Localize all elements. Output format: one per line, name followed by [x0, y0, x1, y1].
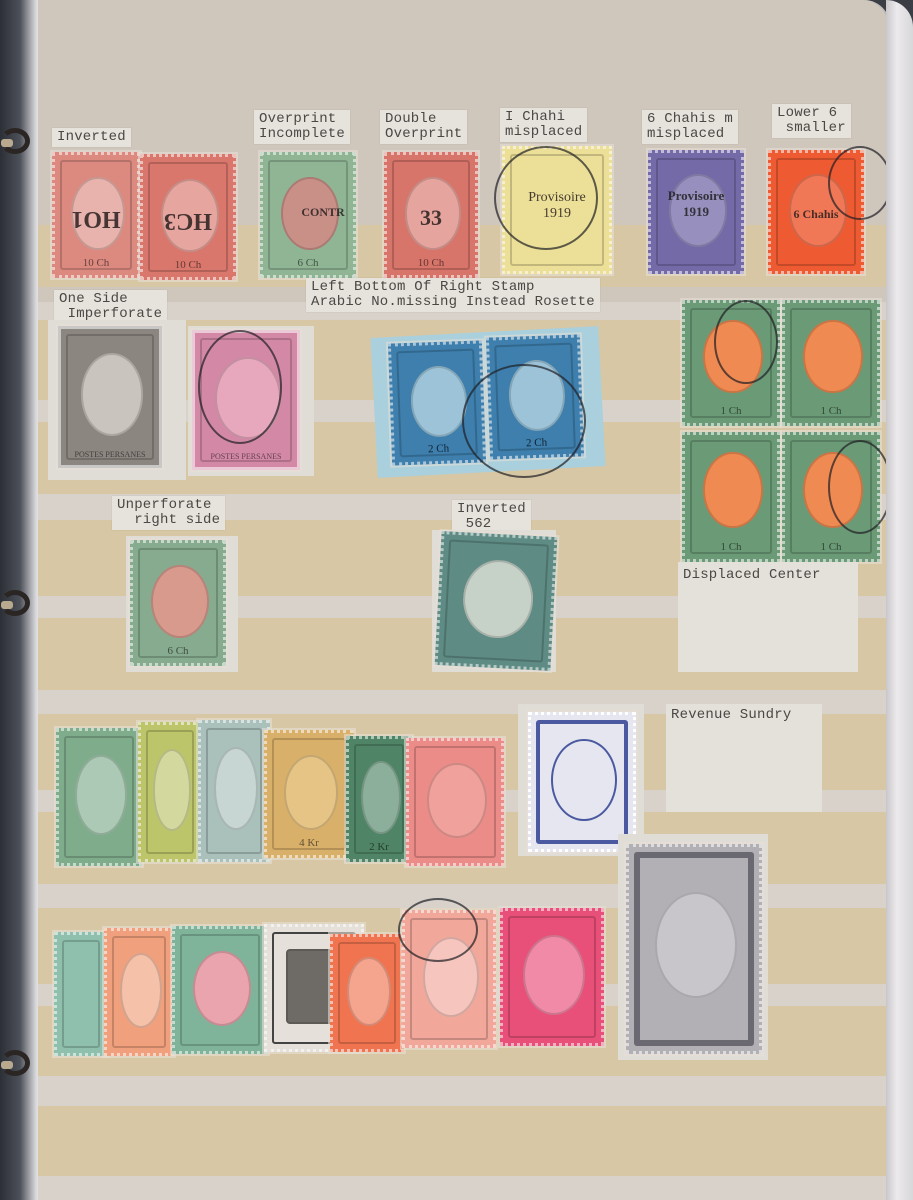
label-double-overprint: Double Overprint	[380, 110, 467, 144]
stamp-revenue[interactable]	[198, 720, 270, 862]
label-inverted: Inverted	[52, 128, 131, 147]
stamp-6-chahis-misplaced[interactable]: Provisoire 1919	[648, 150, 744, 274]
label-lower-6-smaller: Lower 6 smaller	[772, 104, 851, 138]
stamp-imperforate-portrait[interactable]: POSTES PERSANES	[58, 326, 162, 468]
stamp-inverted-overprint[interactable]: HO1 10 Ch	[52, 152, 140, 278]
stamp-displaced-center[interactable]: 1 Ch	[682, 432, 780, 562]
stamp-inverted-center[interactable]	[435, 531, 558, 671]
label-revenue-sundry: Revenue Sundry	[666, 706, 796, 725]
stamp-revenue[interactable]	[330, 934, 404, 1052]
stamp-revenue[interactable]	[406, 738, 504, 866]
stamp-revenue[interactable]	[172, 926, 268, 1054]
label-arabic-no-missing: Left Bottom Of Right Stamp Arabic No.mis…	[306, 278, 600, 312]
strip-band	[38, 1176, 890, 1200]
stamp-1-chahi-misplaced[interactable]: Provisoire 1919	[502, 146, 612, 274]
stamp-displaced-center[interactable]: 1 Ch	[782, 300, 880, 426]
stamp-revenue[interactable]	[56, 728, 142, 866]
stamp-airmail-pair-right[interactable]: 2 Ch	[486, 334, 584, 459]
stamp-lion-and-sun[interactable]	[626, 844, 762, 1054]
stamp-overprint-incomplete[interactable]: CONTR 6 Ch	[260, 152, 356, 278]
stamp-revenue[interactable]	[138, 722, 202, 862]
binder-ring	[0, 1050, 30, 1076]
stockbook-page: Inverted HO1 10 Ch HC3 10 Ch Overprint I…	[38, 0, 890, 1200]
stamp-revenue[interactable]	[402, 910, 496, 1048]
pocket-strip	[38, 1106, 890, 1176]
stamp-airmail-pair-left[interactable]: 2 Ch	[388, 340, 486, 465]
stamp-revenue[interactable]	[500, 908, 604, 1046]
stamp-double-overprint[interactable]: 33 10 Ch	[384, 152, 478, 278]
label-inverted-562: Inverted 562	[452, 500, 531, 534]
stamp-revenue[interactable]: 2 Kr	[346, 736, 412, 862]
label-displaced-center: Displaced Center	[678, 566, 826, 585]
stamp-displaced-center[interactable]: 1 Ch	[782, 432, 880, 562]
label-one-side-imperforate: One Side Imperforate	[54, 290, 167, 324]
label-1-chahi-misplaced: I Chahi misplaced	[500, 108, 587, 142]
page-edge	[886, 0, 913, 1200]
binder-ring	[0, 590, 30, 616]
stamp-revenue[interactable]	[54, 932, 108, 1056]
stamp-revenue[interactable]	[104, 928, 174, 1056]
binder-ring	[0, 128, 30, 154]
stamp-revenue[interactable]: 4 Kr	[264, 730, 354, 858]
stamp-blue-mosque[interactable]	[528, 712, 636, 852]
stamp-imperforate-magenta[interactable]: POSTES PERSANES	[192, 330, 300, 470]
stamp-unperforate-right[interactable]: 6 Ch	[130, 540, 226, 666]
label-6-chahis-misplaced: 6 Chahis m misplaced	[642, 110, 738, 144]
stamp-displaced-center[interactable]: 1 Ch	[682, 300, 780, 426]
label-unperforate-right-side: Unperforate right side	[112, 496, 225, 530]
stamp-lower-6-smaller[interactable]: 6 Chahis	[768, 150, 864, 274]
strip-band	[38, 1076, 890, 1106]
label-overprint-incomplete: Overprint Incomplete	[254, 110, 350, 144]
stamp-inverted-overprint[interactable]: HC3 10 Ch	[140, 154, 236, 280]
